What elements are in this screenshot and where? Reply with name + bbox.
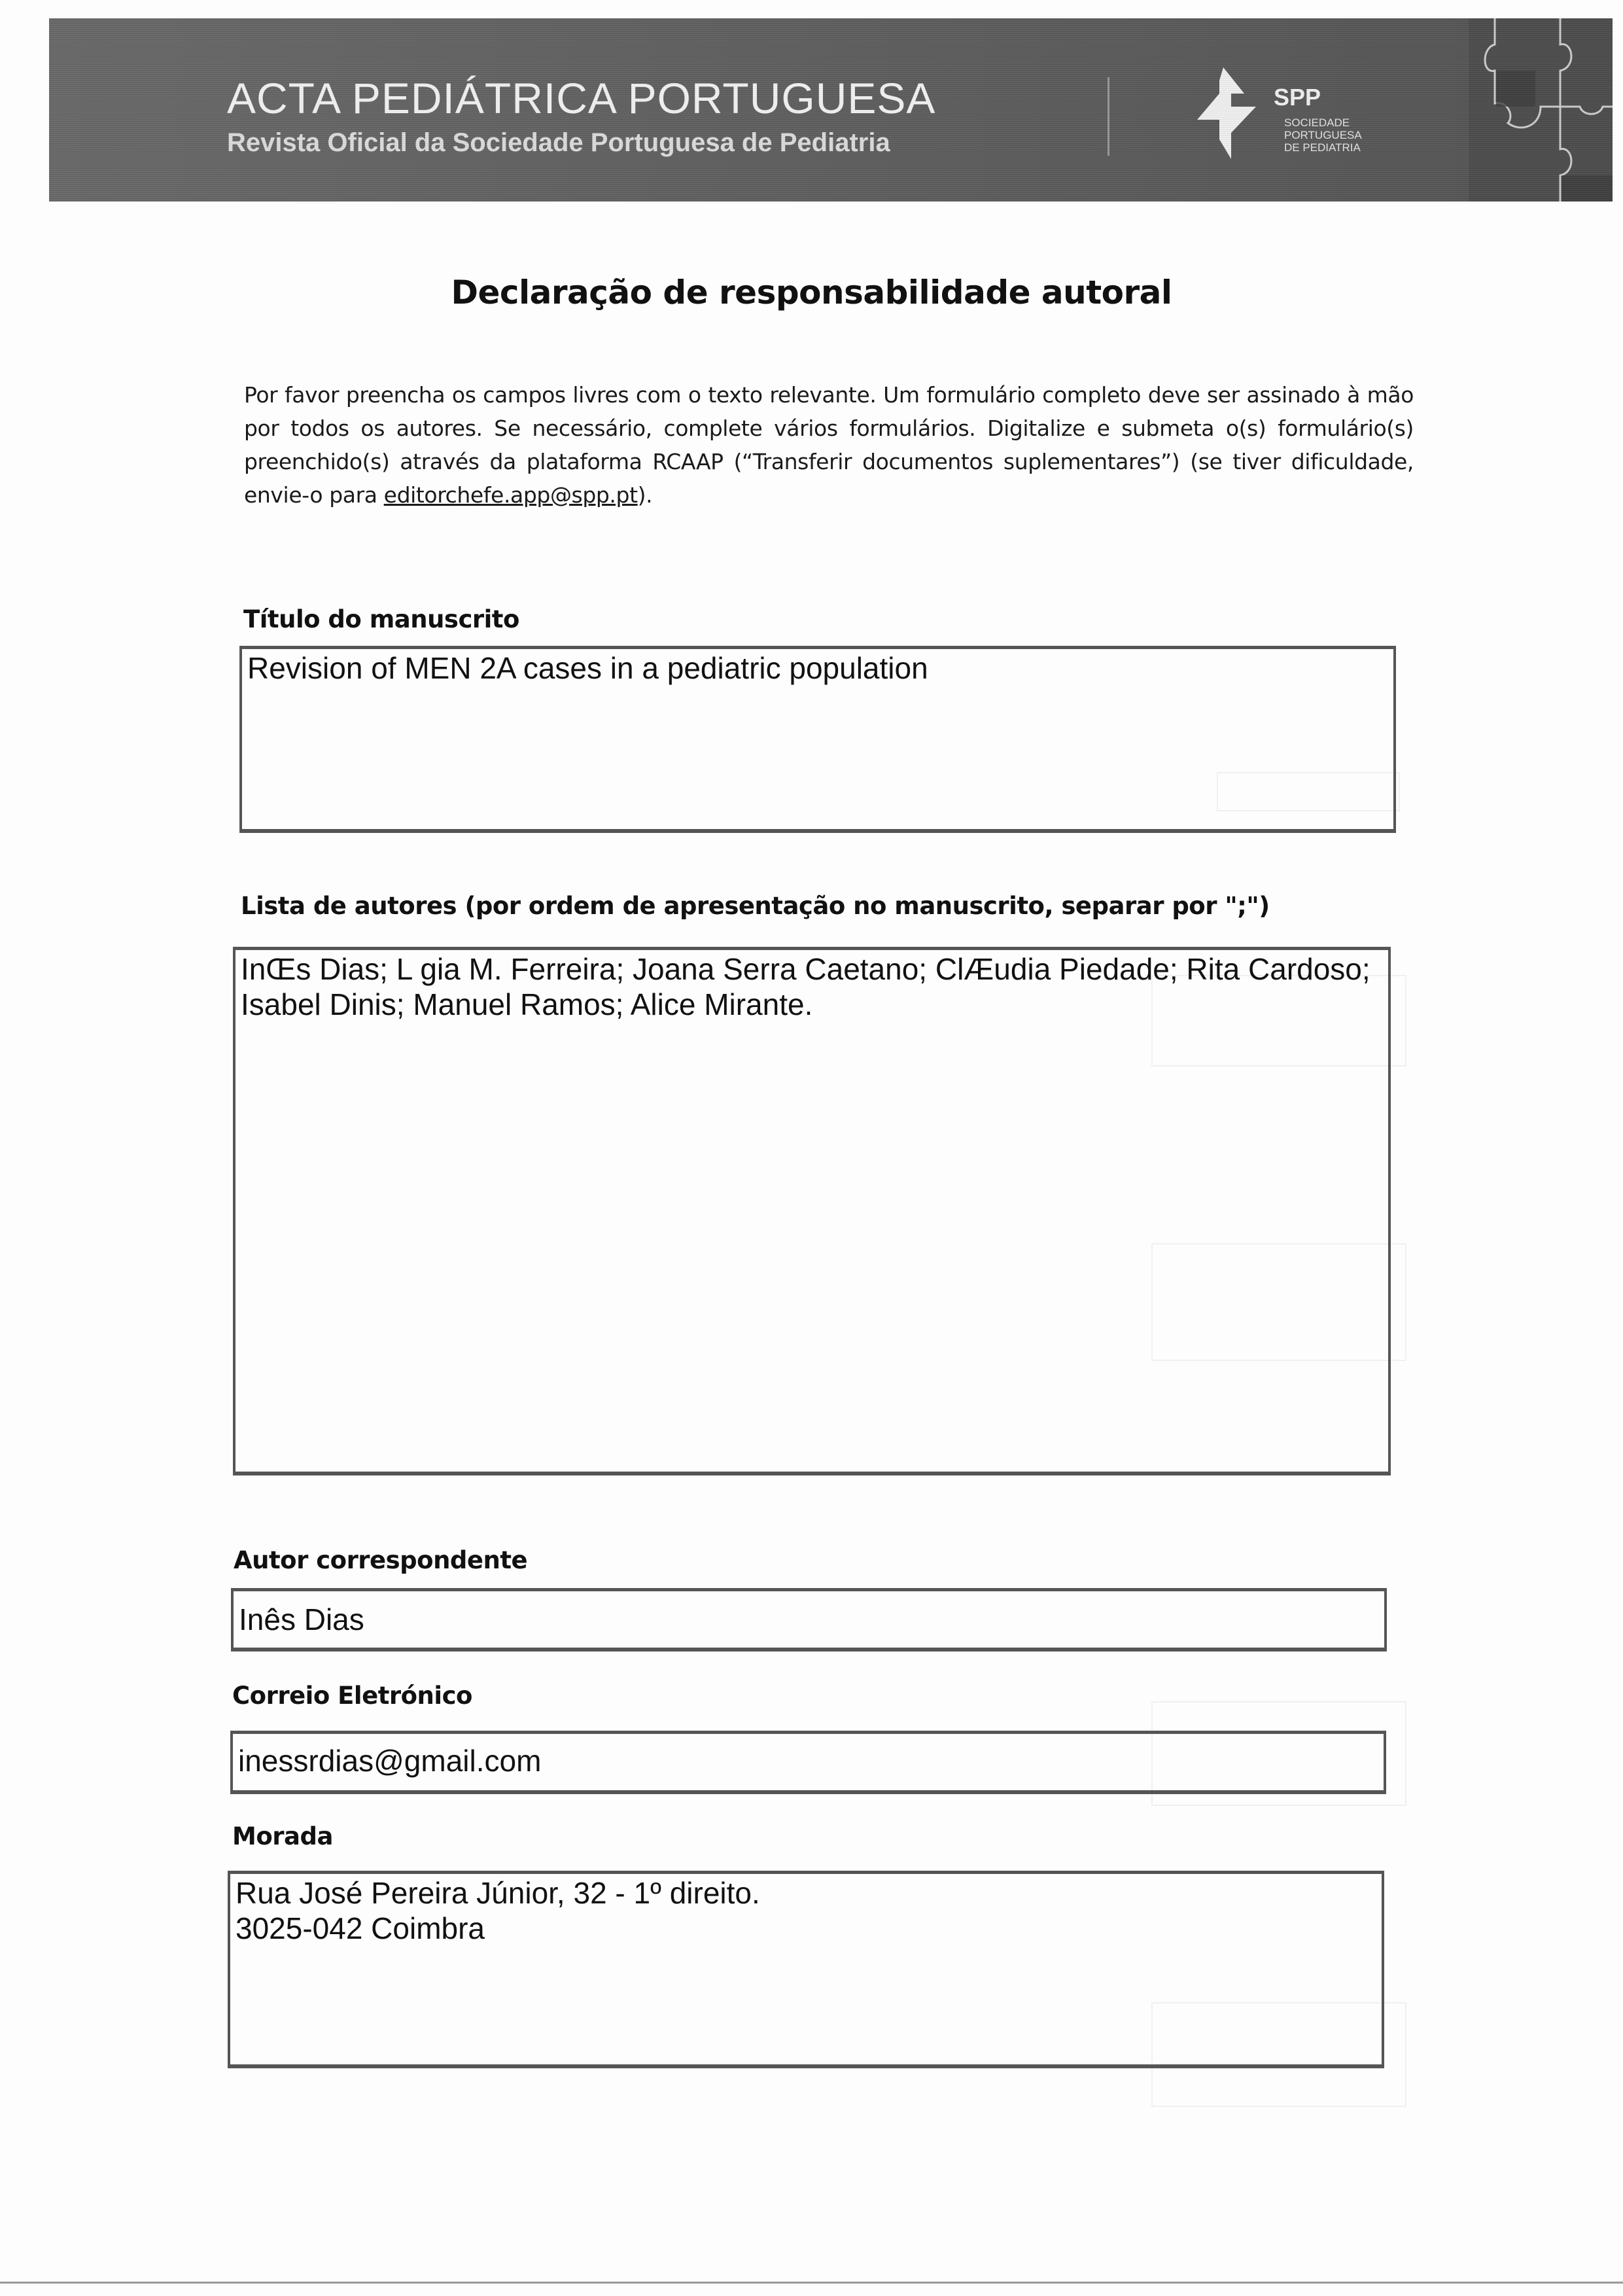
instructions-end: ).	[638, 482, 653, 508]
journal-subtitle: Revista Oficial da Sociedade Portuguesa …	[227, 128, 890, 158]
spp-name-line: SOCIEDADE	[1284, 116, 1362, 129]
spp-name-line: DE PEDIATRIA	[1284, 141, 1362, 154]
manuscript-title-field[interactable]: Revision of MEN 2A cases in a pediatric …	[239, 646, 1396, 833]
page-bottom-edge	[0, 2282, 1623, 2284]
spp-arrow-logo-icon	[1197, 67, 1256, 159]
banner-divider	[1108, 77, 1109, 156]
document-title: Declaração de responsabilidade autoral	[0, 274, 1623, 311]
manuscript-title-label: Título do manuscrito	[243, 605, 519, 633]
puzzle-pieces-icon	[1469, 18, 1613, 202]
editor-email-link[interactable]: editorchefe.app@spp.pt	[384, 482, 638, 508]
spp-full-name: SOCIEDADE PORTUGUESA DE PEDIATRIA	[1284, 116, 1362, 154]
authors-list-label: Lista de autores (por ordem de apresenta…	[241, 892, 1270, 920]
corresponding-author-label: Autor correspondente	[234, 1546, 527, 1574]
authors-list-field[interactable]: InŒs Dias; L gia M. Ferreira; Joana Serr…	[233, 947, 1391, 1475]
email-field[interactable]: inessrdias@gmail.com	[230, 1731, 1386, 1794]
address-field[interactable]: Rua José Pereira Júnior, 32 - 1º direito…	[228, 1871, 1384, 2068]
journal-header-banner: ACTA PEDIÁTRICA PORTUGUESA Revista Ofici…	[49, 18, 1613, 202]
spp-name-line: PORTUGUESA	[1284, 129, 1362, 141]
instructions-paragraph: Por favor preencha os campos livres com …	[244, 378, 1414, 512]
corresponding-author-field[interactable]: Inês Dias	[231, 1588, 1387, 1651]
email-label: Correio Eletrónico	[232, 1682, 472, 1710]
spp-acronym: SPP	[1274, 84, 1321, 111]
journal-title: ACTA PEDIÁTRICA PORTUGUESA	[227, 73, 935, 123]
address-label: Morada	[232, 1822, 333, 1850]
